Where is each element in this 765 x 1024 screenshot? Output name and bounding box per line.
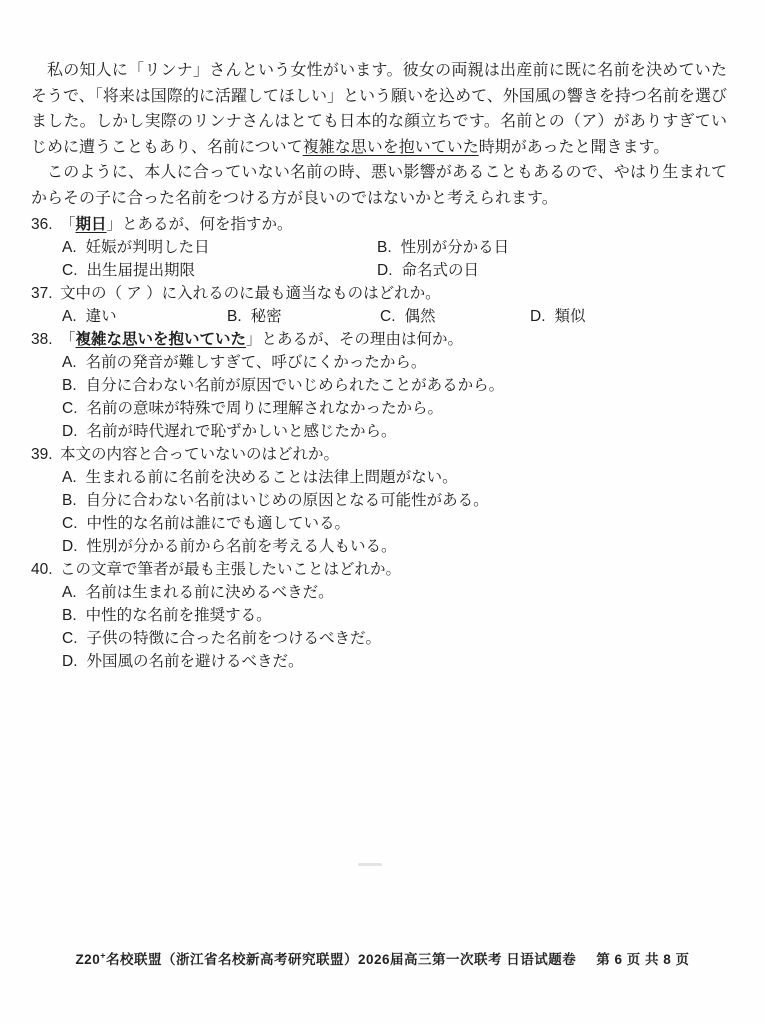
footer-exam-title: 名校联盟（浙江省名校新高考研究联盟）2026届高三第一次联考 日语试题卷 xyxy=(106,952,576,967)
question-36: 36. 「期日」とあるが、何を指すか。 A.妊娠が判明した日 B.性別が分かる日… xyxy=(31,213,727,282)
question-37: 37. 文中の（ ア ）に入れるのに最も適当なものはどれか。 A.違い B.秘密… xyxy=(31,282,727,328)
option-b: B.中性的な名前を推奨する。 xyxy=(62,604,727,627)
question-list: 36. 「期日」とあるが、何を指すか。 A.妊娠が判明した日 B.性別が分かる日… xyxy=(31,213,727,673)
stem-text: 本文の内容と合っていないのはどれか。 xyxy=(60,446,339,463)
option-label: C. xyxy=(62,397,78,420)
exam-content: 私の知人に「リンナ」さんという女性がいます。彼女の両親は出産前に既に名前を決めて… xyxy=(31,58,727,673)
option-c: C.名前の意味が特殊で周りに理解されなかったから。 xyxy=(62,397,727,420)
question-number: 39. xyxy=(31,443,60,466)
stem-emphasis: 期日 xyxy=(76,216,107,233)
option-label: C. xyxy=(62,512,78,535)
passage-text: 時期があったと聞きます。 xyxy=(479,139,670,156)
option-label: A. xyxy=(62,305,77,328)
option-label: A. xyxy=(62,351,77,374)
option-c: C.子供の特徴に合った名前をつけるべきだ。 xyxy=(62,627,727,650)
option-text: 秘密 xyxy=(251,305,380,328)
option-label: C. xyxy=(380,305,396,328)
page-footer: Z20+名校联盟（浙江省名校新高考研究联盟）2026届高三第一次联考 日语试题卷… xyxy=(0,948,765,968)
question-38: 38. 「複雑な思いを抱いていた」とあるが、その理由は何か。 A.名前の発音が難… xyxy=(31,328,727,443)
option-text: 名前の発音が難しすぎて、呼びにくかったから。 xyxy=(86,351,727,374)
option-label: D. xyxy=(62,535,78,558)
option-label: B. xyxy=(62,489,77,512)
option-a: A.妊娠が判明した日 xyxy=(62,236,377,259)
option-text: 名前の意味が特殊で周りに理解されなかったから。 xyxy=(87,397,728,420)
option-text: 出生届提出期限 xyxy=(87,259,378,282)
option-label: B. xyxy=(62,374,77,397)
option-label: B. xyxy=(62,604,77,627)
option-text: 妊娠が判明した日 xyxy=(86,236,377,259)
option-c: C.出生届提出期限 xyxy=(62,259,377,282)
question-stem: 「複雑な思いを抱いていた」とあるが、その理由は何か。 xyxy=(60,328,727,351)
option-label: B. xyxy=(227,305,242,328)
option-label: A. xyxy=(62,466,77,489)
option-text: 子供の特徴に合った名前をつけるべきだ。 xyxy=(87,627,728,650)
option-label: A. xyxy=(62,236,77,259)
stem-emphasis: 複雑な思いを抱いていた xyxy=(76,331,247,348)
stem-text: 」とあるが、何を指すか。 xyxy=(107,216,293,233)
option-text: 中性的な名前を推奨する。 xyxy=(86,604,727,627)
option-text: 名前が時代遅れで恥ずかしいと感じたから。 xyxy=(87,420,728,443)
option-text: 類似 xyxy=(555,305,728,328)
question-number: 38. xyxy=(31,328,60,351)
question-stem: 「期日」とあるが、何を指すか。 xyxy=(60,213,727,236)
option-c: C.中性的な名前は誰にでも適している。 xyxy=(62,512,727,535)
option-text: 違い xyxy=(86,305,227,328)
option-b: B.自分に合わない名前が原因でいじめられたことがあるから。 xyxy=(62,374,727,397)
option-a: A.名前の発音が難しすぎて、呼びにくかったから。 xyxy=(62,351,727,374)
option-d: D.名前が時代遅れで恥ずかしいと感じたから。 xyxy=(62,420,727,443)
stem-text: 「 xyxy=(60,331,76,348)
scan-smudge-artifact xyxy=(358,863,382,866)
stem-text: この文章で筆者が最も主張したいことはどれか。 xyxy=(60,561,401,578)
option-d: D.命名式の日 xyxy=(377,259,727,282)
option-text: 自分に合わない名前が原因でいじめられたことがあるから。 xyxy=(86,374,727,397)
question-number: 36. xyxy=(31,213,60,236)
option-d: D.外国風の名前を避けるべきだ。 xyxy=(62,650,727,673)
option-text: 中性的な名前は誰にでも適している。 xyxy=(87,512,728,535)
option-d: D.類似 xyxy=(530,305,727,328)
option-text: 性別が分かる前から名前を考える人もいる。 xyxy=(87,535,728,558)
option-label: B. xyxy=(377,236,392,259)
option-text: 名前は生まれる前に決めるべきだ。 xyxy=(86,581,727,604)
options: A.名前は生まれる前に決めるべきだ。 B.中性的な名前を推奨する。 C.子供の特… xyxy=(62,581,727,673)
question-stem-row: 37. 文中の（ ア ）に入れるのに最も適当なものはどれか。 xyxy=(31,282,727,305)
option-text: 自分に合わない名前はいじめの原因となる可能性がある。 xyxy=(86,489,727,512)
option-text: 外国風の名前を避けるべきだ。 xyxy=(87,650,728,673)
exam-page: 私の知人に「リンナ」さんという女性がいます。彼女の両親は出産前に既に名前を決めて… xyxy=(0,0,765,1024)
question-stem-row: 40. この文章で筆者が最も主張したいことはどれか。 xyxy=(31,558,727,581)
option-label: D. xyxy=(62,650,78,673)
option-b: B.性別が分かる日 xyxy=(377,236,727,259)
question-40: 40. この文章で筆者が最も主張したいことはどれか。 A.名前は生まれる前に決め… xyxy=(31,558,727,673)
footer-page-number: 第 6 页 共 8 页 xyxy=(596,952,689,967)
option-b: B.秘密 xyxy=(227,305,380,328)
options: A.違い B.秘密 C.偶然 D.類似 xyxy=(62,305,727,328)
option-a: A.名前は生まれる前に決めるべきだ。 xyxy=(62,581,727,604)
stem-text: 」とあるが、その理由は何か。 xyxy=(246,331,463,348)
question-number: 37. xyxy=(31,282,60,305)
question-number: 40. xyxy=(31,558,60,581)
option-b: B.自分に合わない名前はいじめの原因となる可能性がある。 xyxy=(62,489,727,512)
question-stem-row: 36. 「期日」とあるが、何を指すか。 xyxy=(31,213,727,236)
passage-underlined-phrase: 複雑な思いを抱いていた xyxy=(303,139,479,156)
option-text: 命名式の日 xyxy=(402,259,728,282)
reading-passage: 私の知人に「リンナ」さんという女性がいます。彼女の両親は出産前に既に名前を決めて… xyxy=(31,58,727,211)
option-label: D. xyxy=(62,420,78,443)
footer-league-name: Z20 xyxy=(75,952,100,967)
option-text: 性別が分かる日 xyxy=(401,236,727,259)
option-label: C. xyxy=(62,259,78,282)
option-label: A. xyxy=(62,581,77,604)
question-stem-row: 38. 「複雑な思いを抱いていた」とあるが、その理由は何か。 xyxy=(31,328,727,351)
options: A.妊娠が判明した日 B.性別が分かる日 C.出生届提出期限 D.命名式の日 xyxy=(62,236,727,282)
stem-text: 文中の（ ア ）に入れるのに最も適当なものはどれか。 xyxy=(60,285,441,302)
options: A.名前の発音が難しすぎて、呼びにくかったから。 B.自分に合わない名前が原因で… xyxy=(62,351,727,443)
question-stem-row: 39. 本文の内容と合っていないのはどれか。 xyxy=(31,443,727,466)
stem-text: 「 xyxy=(60,216,76,233)
options: A.生まれる前に名前を決めることは法律上問題がない。 B.自分に合わない名前はい… xyxy=(62,466,727,558)
option-a: A.生まれる前に名前を決めることは法律上問題がない。 xyxy=(62,466,727,489)
option-label: C. xyxy=(62,627,78,650)
option-text: 生まれる前に名前を決めることは法律上問題がない。 xyxy=(86,466,727,489)
passage-paragraph-1: 私の知人に「リンナ」さんという女性がいます。彼女の両親は出産前に既に名前を決めて… xyxy=(31,58,727,160)
option-a: A.違い xyxy=(62,305,227,328)
option-d: D.性別が分かる前から名前を考える人もいる。 xyxy=(62,535,727,558)
option-text: 偶然 xyxy=(405,305,531,328)
passage-paragraph-2: このように、本人に合っていない名前の時、悪い影響があることもあるので、やはり生ま… xyxy=(31,160,727,211)
option-c: C.偶然 xyxy=(380,305,530,328)
question-stem: 本文の内容と合っていないのはどれか。 xyxy=(60,443,727,466)
option-label: D. xyxy=(377,259,393,282)
question-39: 39. 本文の内容と合っていないのはどれか。 A.生まれる前に名前を決めることは… xyxy=(31,443,727,558)
question-stem: この文章で筆者が最も主張したいことはどれか。 xyxy=(60,558,727,581)
option-label: D. xyxy=(530,305,546,328)
question-stem: 文中の（ ア ）に入れるのに最も適当なものはどれか。 xyxy=(60,282,727,305)
